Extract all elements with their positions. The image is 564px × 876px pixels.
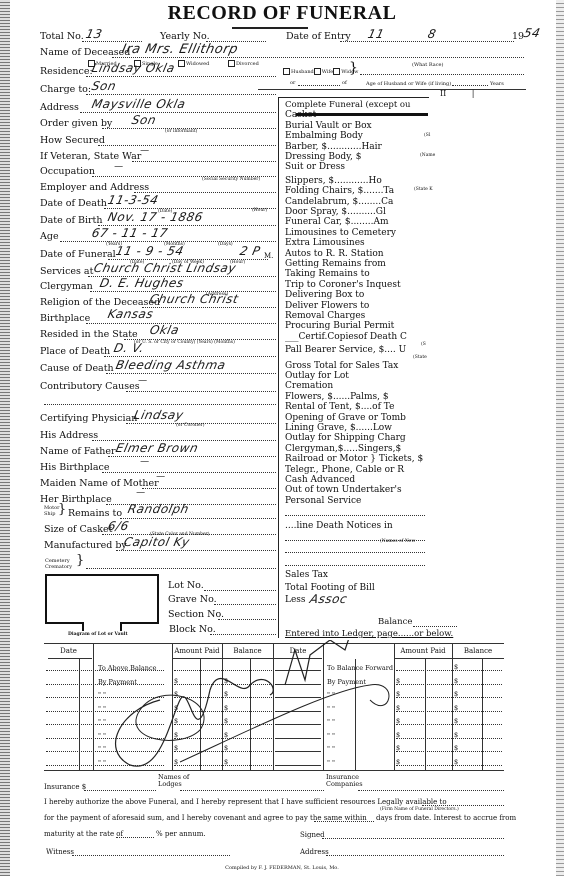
rate-field[interactable] [116, 837, 154, 838]
insurance-field[interactable] [84, 790, 156, 791]
charge-item[interactable] [285, 558, 425, 566]
insurance-label: Insurance $ [44, 783, 86, 791]
contributory-value[interactable]: — [137, 376, 149, 386]
complete-funeral-rule [296, 113, 428, 116]
charge-item[interactable]: Rental of Tent, $....of Te [285, 402, 394, 412]
lot-diagram[interactable] [45, 574, 159, 624]
charge-item[interactable]: Barber, $............Hair [285, 142, 382, 152]
total-no-value[interactable]: 13 [85, 27, 104, 41]
spouse-of: of [342, 80, 347, 86]
charge-item[interactable]: Getting Remains from [285, 259, 386, 269]
days-field[interactable] [314, 821, 374, 822]
date-of-funeral-label: Date of Funeral [40, 249, 116, 260]
charge-item[interactable]: Outlay for Lot [285, 371, 349, 381]
place-of-death-value[interactable]: D. V. [113, 341, 146, 355]
ledger-amount-cell-right[interactable] [396, 765, 502, 766]
charge-item[interactable]: Lining Grave, $......Low [285, 423, 392, 433]
firm-field[interactable] [422, 805, 504, 806]
birthplace-label: Birthplace [40, 313, 90, 324]
entry-day[interactable]: 8 [427, 27, 438, 41]
diagram-bottom-left [45, 622, 83, 624]
charge-item[interactable]: Autos to R. R. Station [285, 249, 384, 259]
marital-divorced[interactable]: Divorced [228, 60, 259, 67]
services-at-value[interactable]: Church Christ Lindsay [93, 261, 238, 275]
dollar-sign: $ [454, 731, 458, 739]
charge-item[interactable]: Railroad or Motor } Tickets, $ [285, 454, 423, 464]
days-text: days from date. Interest to accrue from [376, 814, 516, 822]
charge-item[interactable]: Telegr., Phone, Cable or R [285, 465, 404, 475]
death-line [104, 208, 276, 209]
father-label: Name of Father [40, 446, 116, 457]
physician-value[interactable]: Lindsay [133, 408, 185, 422]
remains-line [120, 518, 276, 519]
dollar-sign: $ [454, 744, 458, 752]
diagram-gate-left [82, 622, 84, 631]
ledger-amount-cell-right[interactable] [396, 724, 502, 725]
lodges-field[interactable] [180, 790, 324, 791]
age-label: Age [40, 231, 59, 242]
employer-label: Employer and Address [40, 182, 149, 193]
total-no-label: Total No. [40, 31, 84, 42]
cemetery-field[interactable] [86, 568, 276, 569]
charge-item[interactable]: Procuring Burial Permit [285, 321, 394, 331]
entry-line [340, 41, 514, 42]
marital-widowed[interactable]: Widowed [178, 60, 209, 67]
dollar-sign: $ [454, 717, 458, 725]
less-value[interactable]: Assoc [309, 592, 349, 606]
page-title: RECORD OF FUNERAL [0, 2, 564, 25]
entry-month[interactable]: 11 [367, 27, 386, 41]
veteran-label: If Veteran, State War [40, 151, 141, 162]
binding-edge [0, 0, 10, 876]
date-of-death-value[interactable]: 11-3-54 [107, 193, 160, 207]
sub-state: (State K [414, 187, 433, 192]
charge-item[interactable]: Sales Tax [285, 570, 328, 580]
charge-item[interactable] [285, 545, 425, 553]
date-of-death-label: Date of Death [40, 198, 107, 209]
ledger-amount-cell-right[interactable] [396, 751, 502, 752]
casket-size-value[interactable]: 6/6 [107, 519, 131, 533]
page-edge [556, 0, 564, 876]
charge-item[interactable]: Candelabrum, $........Ca [285, 197, 393, 207]
religion-line [142, 307, 276, 308]
charge-item[interactable]: Taking Remains to [285, 269, 370, 279]
authorize-text: I hereby authorize the above Funeral, an… [44, 798, 447, 806]
spouse-or: or [290, 80, 295, 86]
charge-item[interactable]: ___Certif.Copiesof Death C [285, 332, 407, 342]
cemetery-brace: } [76, 555, 84, 566]
father-value[interactable]: Elmer Brown [115, 441, 200, 455]
yearly-no-label: Yearly No. [160, 31, 210, 42]
charge-item[interactable]: Door Spray, $..........Gl [285, 207, 386, 217]
ledger-amount-cell-right[interactable] [396, 711, 502, 712]
occupation-value[interactable]: — [113, 162, 125, 172]
charge-item[interactable]: Flowers, $......Palms, $ [285, 392, 389, 402]
coroner-sub: (or Coroner) [176, 423, 205, 428]
his-address-label: His Address [40, 430, 98, 441]
ledger-amount-cell-right[interactable] [396, 697, 502, 698]
charge-to-label: Charge to: [40, 84, 91, 95]
grave-label: Grave No. [168, 594, 217, 605]
diagram-bottom-right [120, 622, 157, 624]
years-label: Years [490, 81, 504, 87]
contributory-label: Contributory Causes [40, 381, 140, 392]
balance-field[interactable] [413, 626, 457, 627]
signature-scribble [100, 640, 400, 780]
charge-item[interactable]: Trip to Coroner's Inquest [285, 280, 401, 290]
charge-item[interactable]: Removal Charges [285, 311, 365, 321]
funeral-hour-value[interactable]: 2 P [239, 244, 262, 258]
her-birthplace-label: Her Birthplace [40, 494, 112, 505]
charge-item[interactable]: Gross Total for Sales Tax [285, 361, 398, 371]
companies-label: Insurance Companies [326, 774, 363, 788]
resided-value[interactable]: Okla [149, 323, 181, 337]
his-birthplace-line [102, 472, 276, 473]
clergyman-value[interactable]: D. E. Hughes [99, 276, 186, 290]
sub-name: (Name [420, 153, 435, 158]
block-label: Block No. [169, 624, 216, 635]
brace: } [349, 63, 358, 74]
place-of-death-label: Place of Death [40, 346, 110, 357]
charge-item[interactable]: Suit or Dress [285, 162, 345, 172]
compiled-by: Compiled by F. J. FEDERMAN, St. Louis, M… [0, 865, 564, 871]
pm-suffix: M. [264, 251, 273, 262]
charge-to-value[interactable]: Son [91, 79, 118, 93]
sub-news: (Names of New [380, 539, 415, 544]
remains-to-value[interactable]: Randolph [127, 502, 191, 516]
charge-item[interactable]: Opening of Grave or Tomb [285, 413, 406, 423]
ledger-amount-cell-right[interactable] [396, 670, 502, 671]
charge-item[interactable]: Burial Vault or Box [285, 121, 372, 131]
diagram-gate-right [120, 622, 122, 631]
sub-s: (S [421, 342, 426, 347]
tick-marks: II | [440, 91, 474, 97]
date-of-funeral-value[interactable]: 11 - 9 - 54 [115, 244, 186, 258]
spouse-field[interactable] [360, 74, 524, 75]
address-value[interactable]: Maysville Okla [91, 97, 187, 111]
dollar-sign: $ [454, 758, 458, 766]
charge-item[interactable]: Clergyman,$.....Singers,$ [285, 444, 401, 454]
charge-item[interactable]: Cremation [285, 381, 333, 391]
sub-state2: (State [413, 355, 427, 360]
crematory-label: Crematory [45, 564, 72, 570]
age-spouse-label: Age of Husband or Wife (if living) [366, 81, 451, 87]
charge-item[interactable]: Dressing Body, $ [285, 152, 362, 162]
age-value[interactable]: 67 - 11 - 17 [91, 226, 170, 240]
residence-label: Residence: [40, 66, 93, 77]
ledger-header-right: Balance [452, 647, 504, 655]
religion-value[interactable]: Church Christ [149, 292, 240, 306]
cause-value[interactable]: Bleeding Asthma [115, 358, 228, 372]
how-secured-label: How Secured [40, 135, 105, 146]
dollar-sign: $ [454, 663, 458, 671]
his-birthplace-label: His Birthplace [40, 462, 109, 473]
diagram-label: Diagram of Lot or Vault [68, 632, 128, 637]
charge-item[interactable]: Cash Advanced [285, 475, 355, 485]
manufactured-label: Manufactured by [44, 540, 127, 551]
manufactured-line [116, 550, 276, 551]
witness-label: Witness [46, 848, 74, 856]
firm-sub: (Firm Name of Funeral Directors.) [380, 807, 459, 812]
charge-item[interactable]: Extra Limousines [285, 238, 365, 248]
lodges-label: Names of Lodges [158, 774, 189, 788]
title-rule [232, 27, 308, 29]
address-footer-field[interactable] [326, 855, 504, 856]
spouse-checkboxes[interactable]: HusbandWifeWidow [283, 68, 358, 75]
maturity-text: maturity at the rate of [44, 830, 123, 838]
ledger-subcol-line [425, 659, 426, 770]
ledger-subcol-line [482, 659, 483, 770]
birthplace-value[interactable]: Kansas [107, 307, 155, 321]
ledger-label: Entered into Ledger, page......or below. [285, 629, 453, 640]
ledger-rule [48, 658, 92, 659]
his-birthplace-value[interactable]: — [139, 457, 151, 467]
footer-top [44, 770, 504, 771]
name-value[interactable]: Ira Mrs. Ellithorp [120, 42, 239, 57]
charge-item[interactable]: ....line Death Notices in [285, 521, 393, 531]
contributory-extra-line[interactable] [44, 404, 276, 405]
motor-brace: } [58, 504, 66, 515]
residence-line [86, 76, 276, 77]
charge-item[interactable]: Complete Funeral (except ou [285, 100, 411, 110]
cause-label: Cause of Death [40, 363, 114, 374]
charge-item[interactable]: Deliver Flowers to [285, 301, 369, 311]
charge-item[interactable]: Out of town Undertaker's [285, 485, 402, 495]
charge-item[interactable]: Limousines to Cemetery [285, 228, 396, 238]
dollar-sign: $ [454, 690, 458, 698]
grave-field[interactable] [214, 604, 276, 605]
hour-sub: (Hour) [252, 208, 267, 213]
name-line [112, 57, 524, 58]
contributory-line [126, 391, 276, 392]
occupation-label: Occupation [40, 166, 95, 177]
resided-sub: (or U. S. or City or County) (Years) (Mo… [134, 340, 235, 345]
place-of-death-line [104, 356, 276, 357]
age-spouse-field[interactable] [452, 85, 488, 86]
days-sub: (Days) [218, 242, 233, 247]
charge-item[interactable]: Pall Bearer Service, $.... U [285, 345, 406, 355]
block-field[interactable] [210, 634, 276, 635]
balance-label: Balance [378, 617, 412, 628]
charge-item[interactable]: Less [285, 595, 306, 605]
witness-field[interactable] [72, 855, 230, 856]
charge-line [86, 94, 276, 95]
remains-to-label: Remains to [68, 508, 122, 519]
address-label: Address [40, 102, 79, 113]
address-footer-label: Address [300, 848, 329, 856]
veteran-line [132, 161, 276, 162]
how-secured-field[interactable] [98, 145, 276, 146]
charge-item[interactable] [285, 508, 425, 516]
signed-field[interactable] [322, 838, 504, 839]
ledger-amount-cell-right[interactable] [396, 738, 502, 739]
charge-item[interactable]: Folding Chairs, $.......Ta [285, 186, 394, 196]
cause-line [106, 373, 276, 374]
veteran-value[interactable]: — [139, 146, 151, 156]
order-given-value[interactable]: Son [131, 113, 158, 127]
section-field[interactable] [218, 619, 276, 620]
charge-item[interactable]: Outlay for Shipping Charg [285, 433, 406, 443]
divider [258, 89, 526, 90]
manufactured-value[interactable]: Capitol Ky [123, 535, 192, 549]
lot-label: Lot No. [168, 580, 204, 591]
birthplace-line [86, 323, 276, 324]
dollar-sign: $ [454, 704, 458, 712]
per-annum-text: % per annum. [156, 830, 206, 838]
clergyman-label: Clergyman [40, 281, 93, 292]
residence-value[interactable]: Lindsay Okla [91, 61, 177, 75]
father-line [108, 456, 276, 457]
charge-item[interactable]: Funeral Car, $........Am [285, 217, 389, 227]
mother-line [142, 488, 276, 489]
dollar-sign: $ [454, 677, 458, 685]
ledger-rule [394, 658, 504, 659]
ledger-amount-cell-right[interactable] [396, 684, 502, 685]
her-birthplace-value[interactable]: — [135, 488, 147, 498]
what-race-label: (What Race) [412, 62, 443, 68]
date-of-birth-value[interactable]: Nov. 17 - 1886 [107, 210, 205, 224]
physician-label: Certifying Physician [40, 413, 137, 424]
charge-item[interactable]: Slippers, $............Ho [285, 176, 382, 186]
charge-item[interactable]: Embalming Body [285, 131, 363, 141]
charge-item[interactable]: Personal Service [285, 496, 361, 506]
charge-item[interactable]: Delivering Box to [285, 290, 364, 300]
lot-field[interactable] [204, 590, 276, 591]
or-informant: (or informant) [165, 129, 197, 134]
ssn-label: (Social Security Number) [202, 177, 260, 182]
section-label: Section No. [168, 609, 224, 620]
mother-value[interactable]: — [155, 472, 167, 482]
year-suffix[interactable]: 54 [523, 26, 542, 40]
signed-label: Signed [300, 831, 325, 839]
ledger-header-right: Amount Paid [394, 647, 452, 655]
ledger-subcol-line [79, 659, 80, 770]
spouse-of-field[interactable] [298, 85, 340, 86]
companies-field[interactable] [358, 790, 504, 791]
services-at-label: Services at [40, 266, 93, 277]
ledger-header-left: Date [44, 647, 93, 655]
sub-sl: (Sl [424, 133, 430, 138]
address-line [80, 112, 276, 113]
date-of-birth-label: Date of Birth [40, 215, 103, 226]
